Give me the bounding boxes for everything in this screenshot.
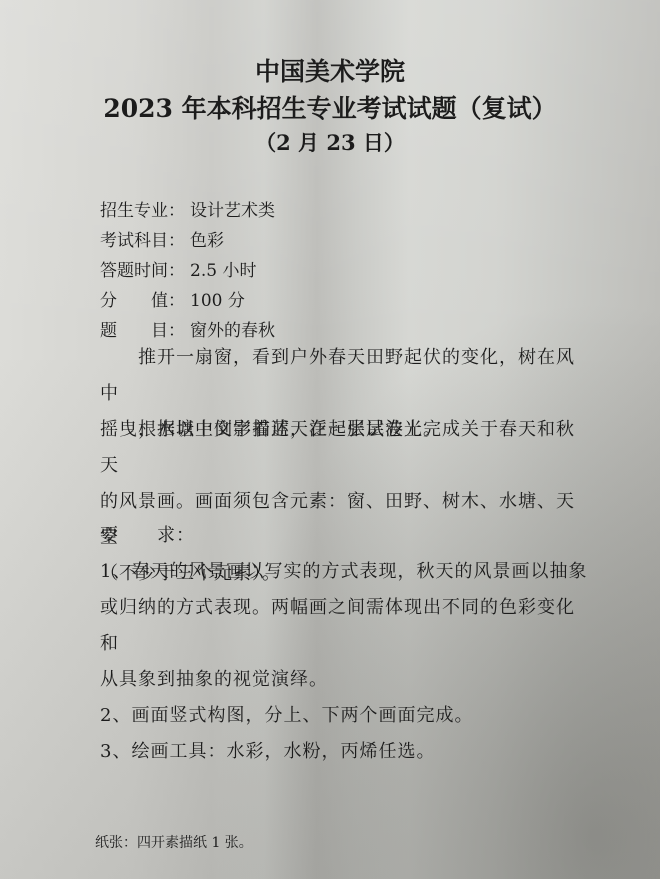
info-row-score: 分 值：100 分 bbox=[100, 286, 245, 311]
info-row-subject: 考试科目：色彩 bbox=[100, 226, 224, 251]
requirement-item-1-cont: 从具象到抽象的视觉演绎。 bbox=[100, 662, 590, 698]
info-row-major: 招生专业：设计艺术类 bbox=[100, 196, 275, 221]
exam-date: （2 月 23 日） bbox=[0, 127, 660, 157]
info-label: 招生专业： bbox=[100, 196, 190, 221]
info-value: 色彩 bbox=[190, 231, 224, 251]
info-label: 分 值： bbox=[100, 286, 190, 311]
requirements-heading: 要 求： bbox=[100, 518, 590, 554]
requirements-section: 要 求： 1、春天的风景画以写实的方式表现，秋天的风景画以抽象 或归纳的方式表现… bbox=[100, 518, 590, 770]
institution-title: 中国美术学院 bbox=[0, 52, 660, 88]
requirement-item-3: 3、绘画工具：水彩，水粉，丙烯任选。 bbox=[100, 734, 590, 770]
info-value: 2.5 小时 bbox=[190, 261, 256, 281]
info-row-topic: 题 目：窗外的春秋 bbox=[100, 316, 275, 341]
requirement-item-2: 2、画面竖式构图，分上、下两个画面完成。 bbox=[100, 698, 590, 734]
text-line: 根据以上文字描述，在一张试卷上完成关于春天和秋天 bbox=[100, 412, 590, 484]
exam-title: 2023 年本科招生专业考试试题（复试） bbox=[0, 89, 660, 125]
info-value: 设计艺术类 bbox=[190, 201, 275, 221]
paper-note: 纸张：四开素描纸 1 张。 bbox=[95, 832, 253, 852]
info-row-duration: 答题时间：2.5 小时 bbox=[100, 256, 256, 281]
info-value: 窗外的春秋 bbox=[190, 321, 275, 341]
info-label: 考试科目： bbox=[100, 226, 190, 251]
requirement-item-1: 1、春天的风景画以写实的方式表现，秋天的风景画以抽象 bbox=[100, 554, 590, 590]
info-value: 100 分 bbox=[190, 291, 245, 311]
info-label: 答题时间： bbox=[100, 256, 190, 281]
requirement-item-1-cont: 或归纳的方式表现。两幅画之间需体现出不同的色彩变化和 bbox=[100, 590, 590, 662]
info-label: 题 目： bbox=[100, 316, 190, 341]
text-line: 推开一扇窗，看到户外春天田野起伏的变化，树在风中 bbox=[100, 340, 590, 412]
